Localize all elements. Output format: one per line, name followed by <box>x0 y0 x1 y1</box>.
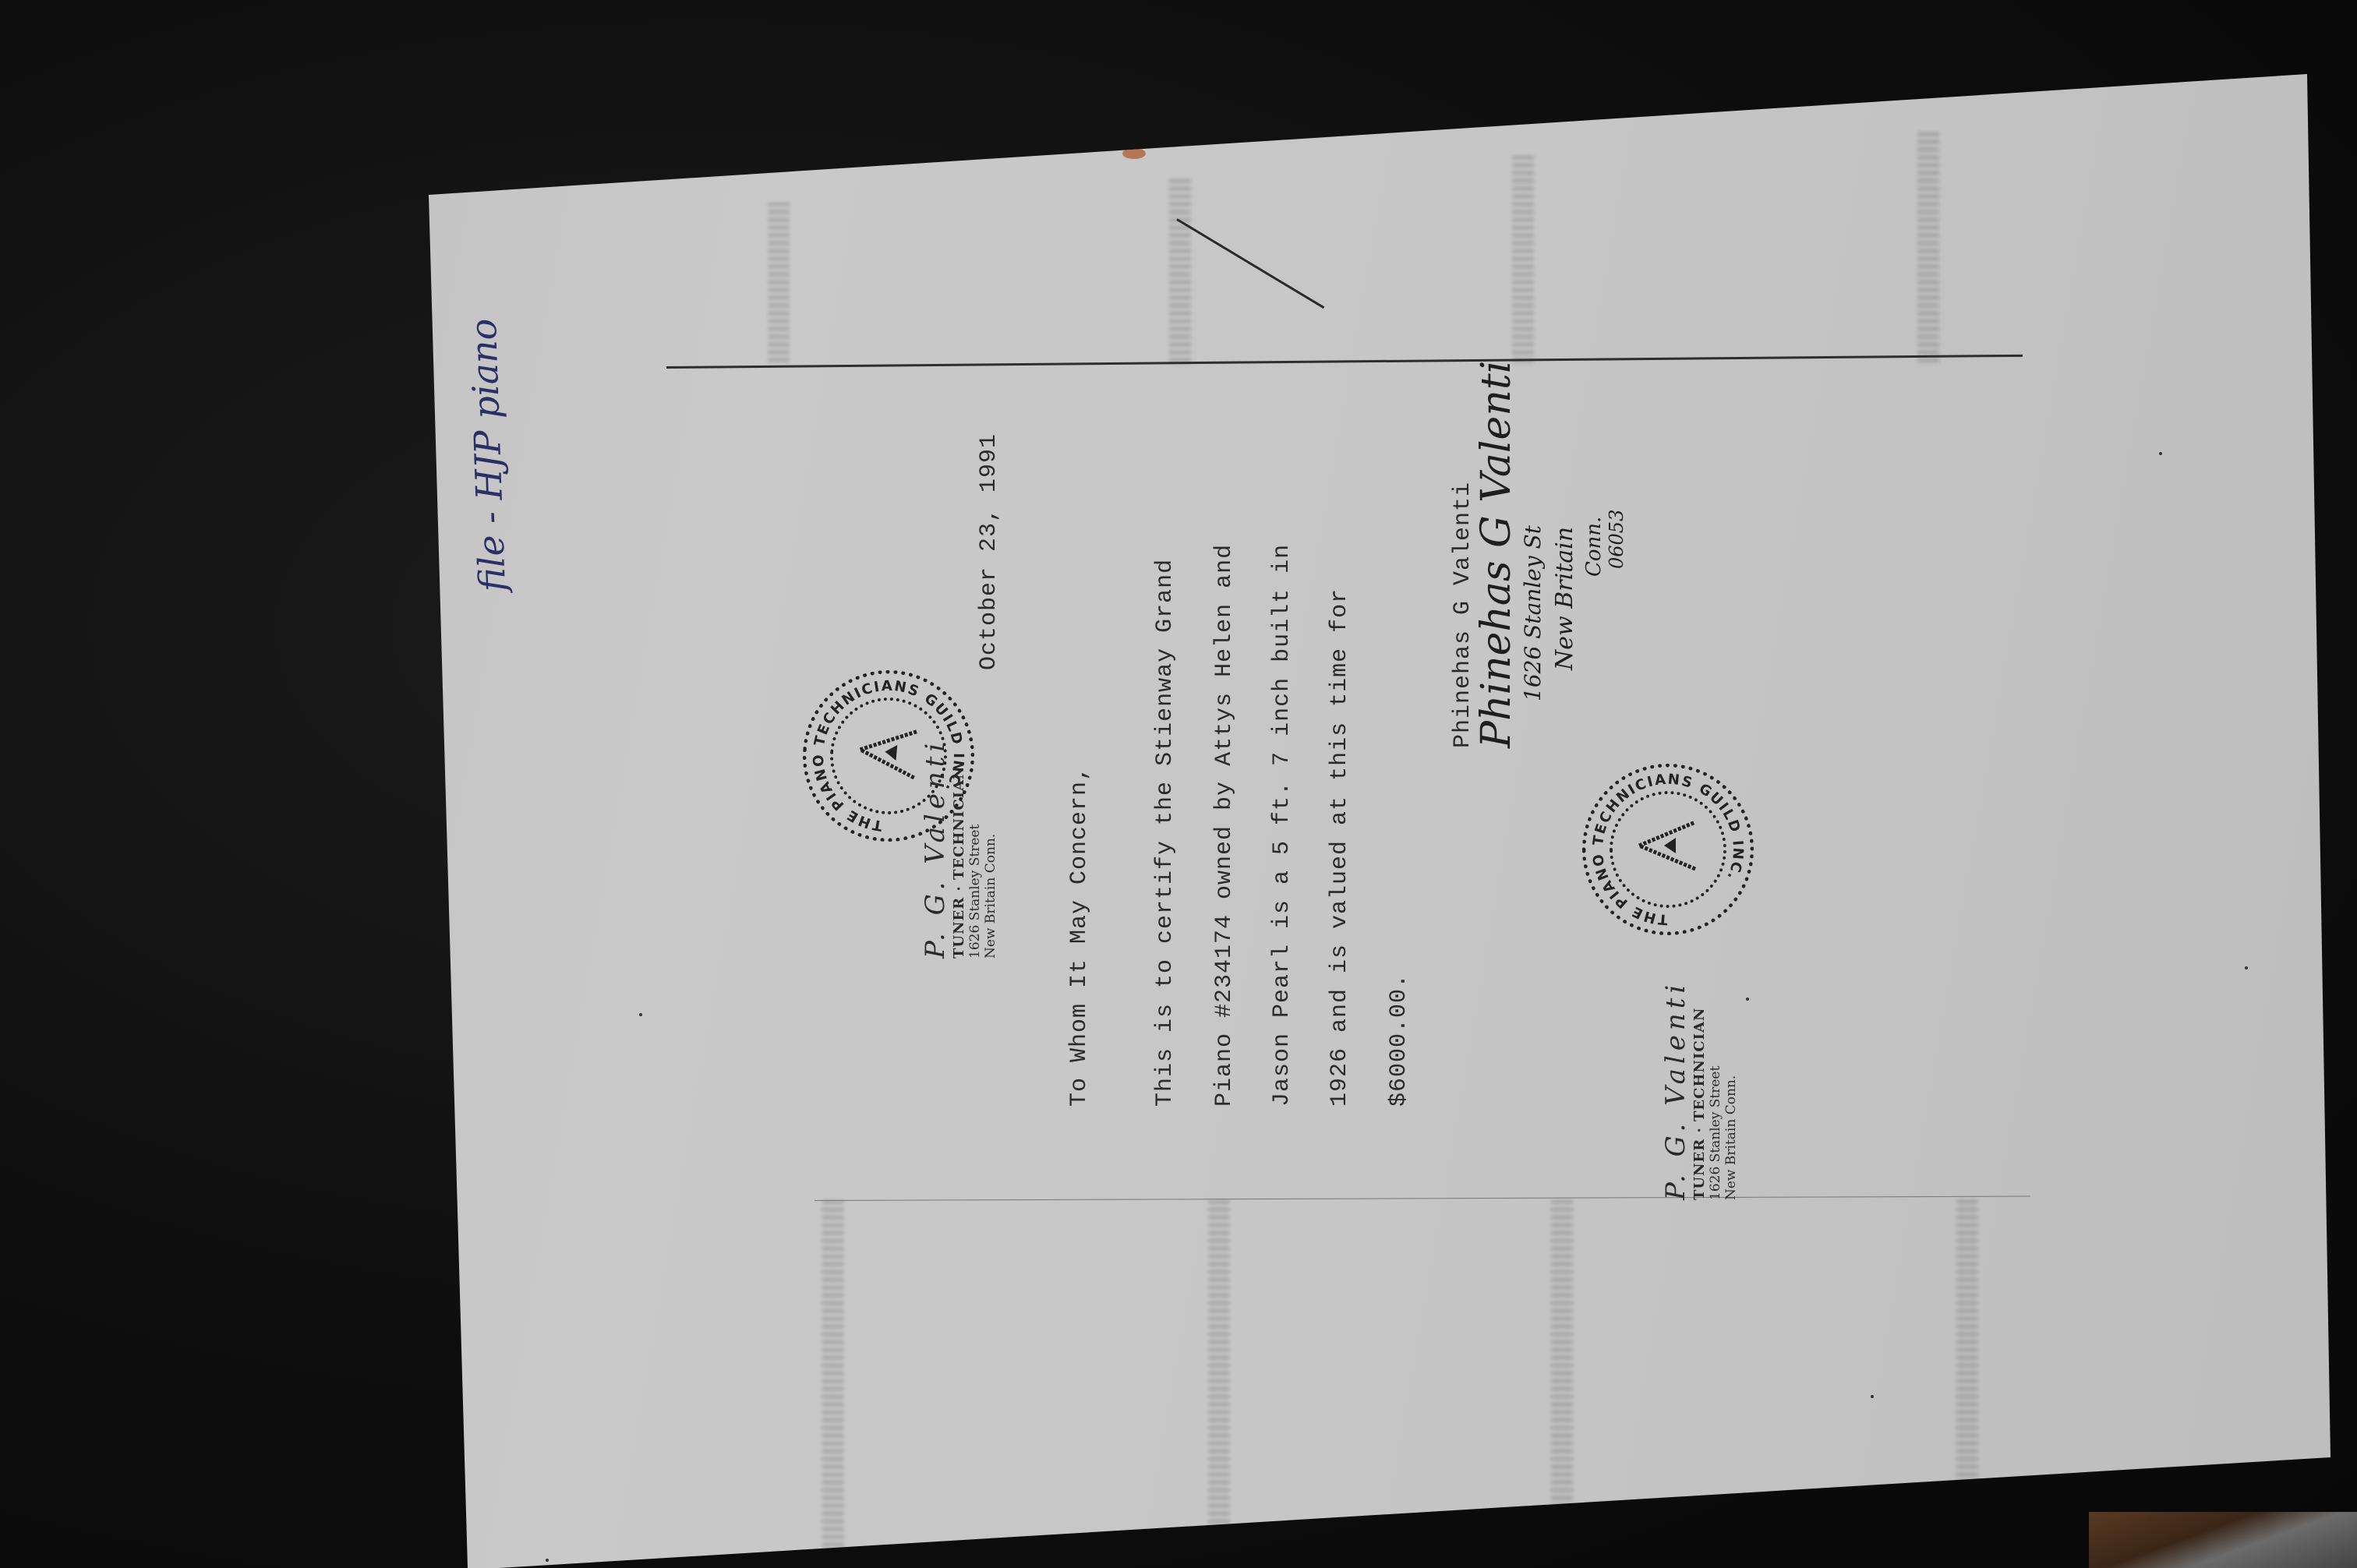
stamp-name: P. G. Valenti <box>1660 980 1691 1200</box>
toner-streak <box>1956 1200 1978 1566</box>
letter-date: October 23, 1991 <box>976 433 1002 670</box>
stamp-title: TUNER · TECHNICIAN <box>1691 980 1708 1200</box>
copy-border-bottom <box>815 1196 2030 1201</box>
tuning-fork-emblem-icon <box>851 718 927 786</box>
letter-content: October 23, 1991 THE PIANO TECHNICIANS G… <box>1037 249 2357 1107</box>
stamp-title: TUNER · TECHNICIAN <box>951 739 967 959</box>
handwritten-address-state: Conn. <box>1582 517 1606 577</box>
technician-stamp: P. G. Valenti TUNER · TECHNICIAN 1626 St… <box>920 739 998 959</box>
technician-stamp: P. G. Valenti TUNER · TECHNICIAN 1626 St… <box>1660 980 1739 1200</box>
stamp-address-2: New Britain Conn. <box>983 739 998 959</box>
salutation: To Whom It May Concern, <box>1066 766 1093 1107</box>
body-line: Piano #234174 owned by Attys Helen and <box>1211 544 1238 1107</box>
body-line: This is to certify the Stienway Grand <box>1152 559 1178 1107</box>
stamp-name: P. G. Valenti <box>920 739 951 959</box>
toner-streak <box>822 1200 844 1566</box>
toner-streak <box>768 203 790 366</box>
tuning-fork-emblem-icon <box>1633 814 1703 877</box>
body-line: 1926 and is valued at this time for <box>1327 588 1353 1107</box>
valuation-amount: $6000.00. <box>1386 973 1412 1107</box>
guild-seal: THE PIANO TECHNICIANS GUILD INC. <box>1582 764 1754 935</box>
handwritten-address-zip: 06053 <box>1606 510 1627 569</box>
stamp-address-2: New Britain Conn. <box>1723 980 1739 1200</box>
rust-spot <box>1122 148 1146 159</box>
handwritten-address-street: 1626 Stanley St <box>1520 525 1546 701</box>
toner-streak <box>1551 1200 1573 1566</box>
toner-streak <box>1208 1200 1230 1566</box>
typed-signature-name: Phinehas G Valenti <box>1450 482 1476 748</box>
handwritten-signature: Phinehas G Valenti <box>1473 361 1520 748</box>
body-line: Jason Pearl is a 5 ft. 7 inch built in <box>1269 544 1295 1107</box>
stamp-address-1: 1626 Stanley Street <box>1708 980 1723 1200</box>
stamp-address-1: 1626 Stanley Street <box>967 739 983 959</box>
desk-edge <box>2089 1512 2357 1568</box>
handwritten-address-city: New Britain <box>1551 527 1578 670</box>
